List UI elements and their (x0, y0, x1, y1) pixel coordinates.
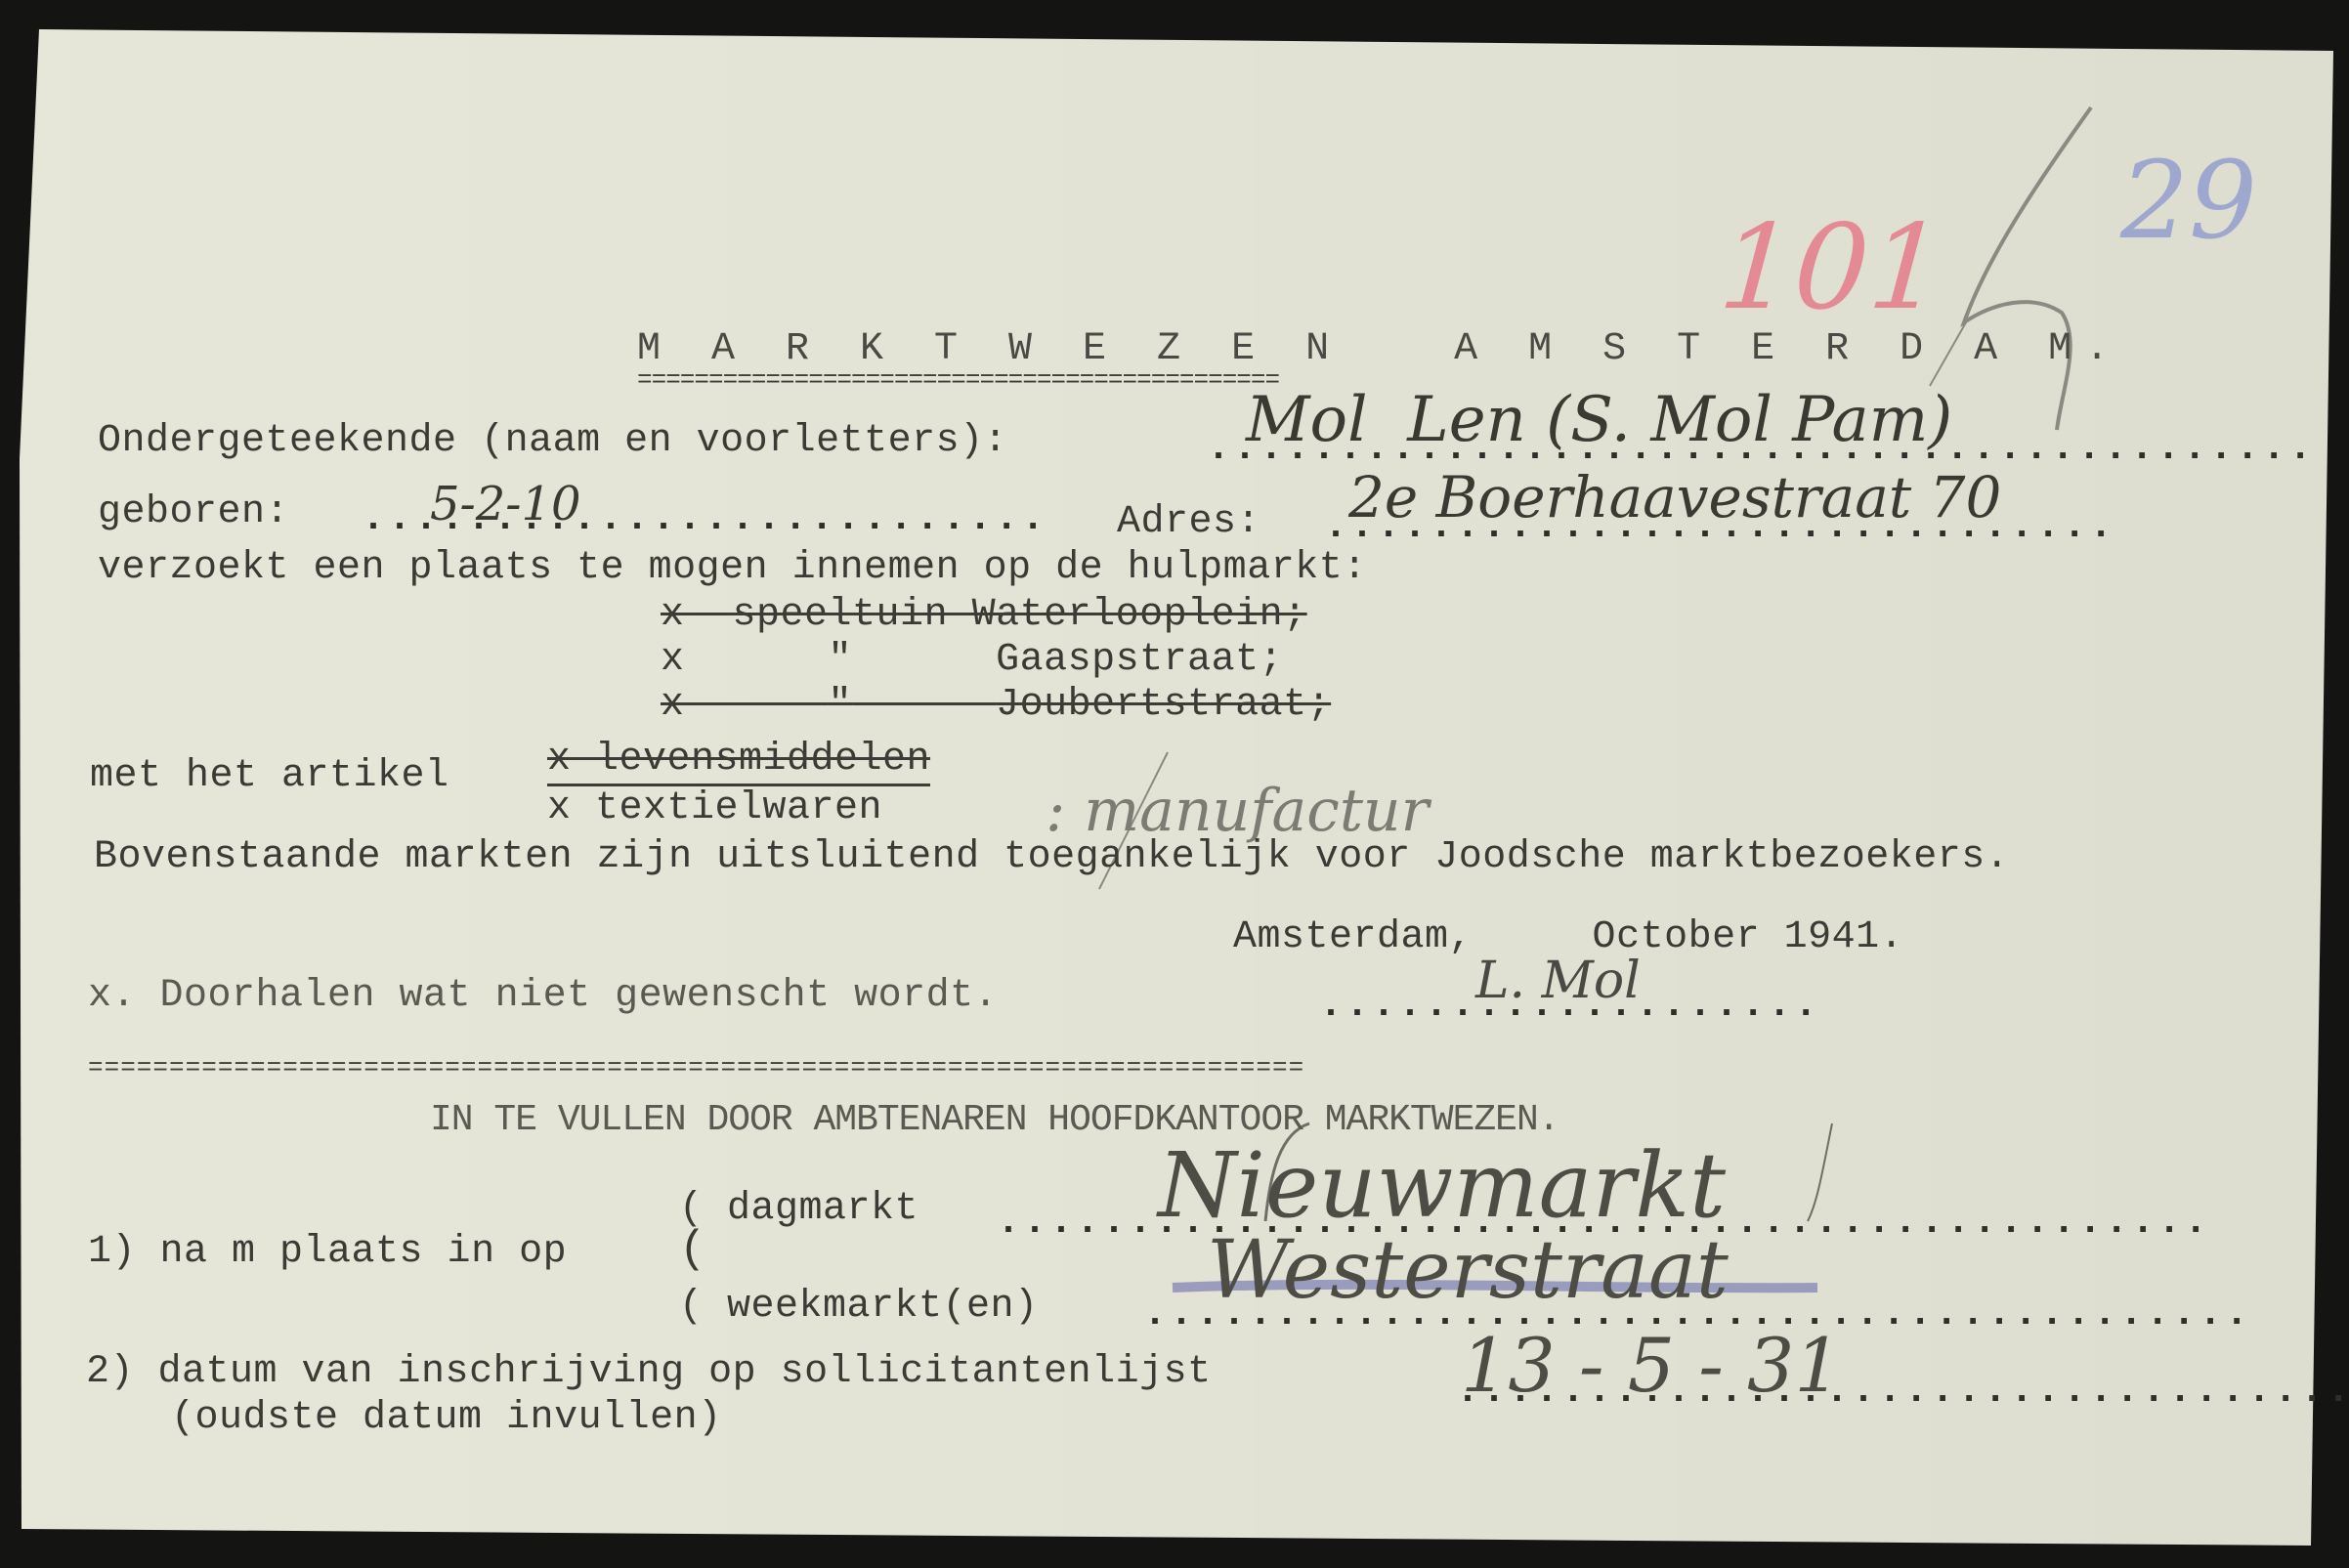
signature-field: L. Mol (1475, 955, 1641, 1006)
item2-date-field: 13 - 5 - 31 (1461, 1329, 1842, 1403)
undersigned-label: Ondergeteekende (naam en voorletters): (98, 422, 1007, 461)
article-option-levensmiddelen: x levensmiddelen (547, 741, 930, 786)
graphite-check-mark (1964, 107, 2091, 430)
market-option-waterlooplein: x speeltuin Waterlooplein; (661, 596, 1307, 635)
article-handwritten-field: : manufactur (1046, 782, 1429, 840)
page-title: M A R K T W E Z E N A M S T E R D A M. (637, 330, 2122, 369)
day-market-label: ( dagmarkt (679, 1190, 918, 1229)
section-separator: ========================================… (88, 1055, 2247, 1081)
bracket-middle: ( (679, 1227, 706, 1272)
born-date-field: 5-2-10 (430, 481, 581, 528)
week-market-field: Westerstraat (1207, 1231, 1729, 1311)
item1-label: 1) na m plaats in op (88, 1233, 567, 1272)
item2-note: (oudste datum invullen) (171, 1399, 722, 1438)
article-option-textielwaren: x textielwaren (547, 789, 882, 828)
item2-label: 2) datum van inschrijving op sollicitant… (86, 1353, 1212, 1392)
born-label: geboren: (98, 493, 289, 532)
week-market-label: ( weekmarkt(en) (679, 1288, 1039, 1327)
strike-instruction: x. Doorhalen wat niet gewenscht wordt. (88, 977, 998, 1016)
market-option-gaaspstraat: x " Gaaspstraat; (661, 641, 1283, 680)
undersigned-name-field: Mol Len (S. Mol Pam) (1246, 389, 1952, 451)
address-field: 2e Boerhaavestraat 70 (1348, 469, 2001, 526)
request-text: verzoekt een plaats te mogen innemen op … (98, 549, 1367, 588)
article-label: met het artikel (90, 757, 449, 796)
notice-text: Bovenstaande markten zijn uitsluitend to… (94, 838, 2009, 877)
address-label: Adres: (1117, 503, 1260, 542)
market-option-joubertstraat: x " Joubertstraat; (661, 686, 1331, 725)
day-market-field: Nieuwmarkt (1158, 1141, 1726, 1231)
